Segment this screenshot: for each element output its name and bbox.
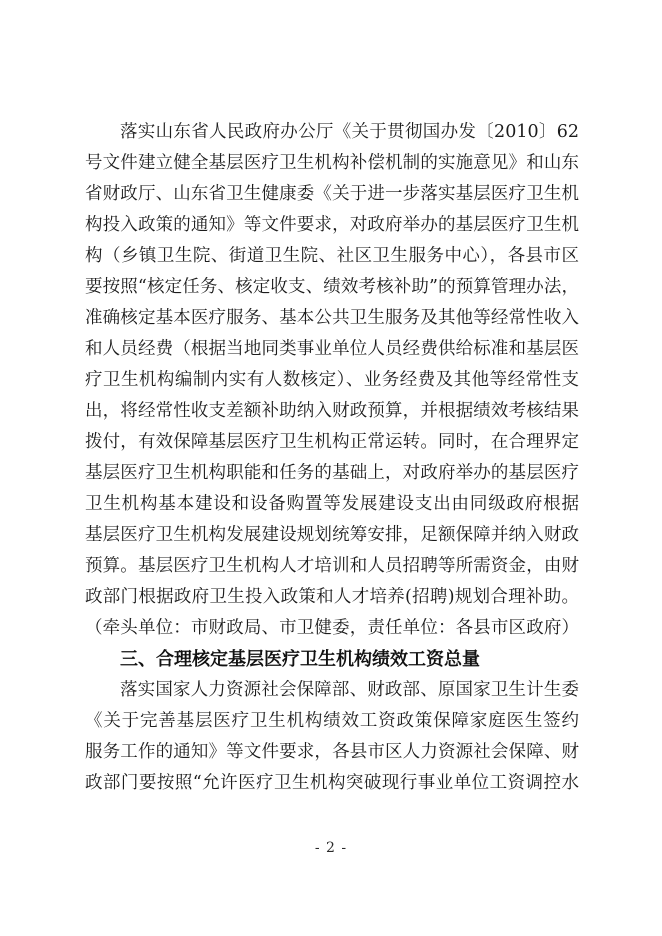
text-line: 服务工作的通知》等文件要求，各县市区人力资源社会保障、财 <box>85 737 579 768</box>
text-line: 构投入政策的通知》等文件要求，对政府举办的基层医疗卫生机 <box>85 210 579 241</box>
text-line: 基层医疗卫生机构职能和任务的基础上，对政府举办的基层医疗 <box>85 458 579 489</box>
text-line: 预算。基层医疗卫生机构人才培训和人员招聘等所需资金，由财 <box>85 551 579 582</box>
text-line: （牵头单位：市财政局、市卫健委，责任单位：各县市区政府） <box>85 613 579 644</box>
text-line: 要按照“核定任务、核定收支、绩效考核补助”的预算管理办法， <box>85 272 579 303</box>
text-line: 省财政厅、山东省卫生健康委《关于进一步落实基层医疗卫生机 <box>85 179 579 210</box>
text-line: 政部门要按照“允许医疗卫生机构突破现行事业单位工资调控水 <box>85 768 579 799</box>
text-line: 政部门根据政府卫生投入政策和人才培养(招聘)规划合理补助。 <box>85 582 579 613</box>
text-line: 构（乡镇卫生院、街道卫生院、社区卫生服务中心），各县市区 <box>85 241 579 272</box>
page-number: - 2 - <box>0 840 662 856</box>
text-line: 基层医疗卫生机构发展建设规划统筹安排，足额保障并纳入财政 <box>85 520 579 551</box>
text-line: 落实国家人力资源社会保障部、财政部、原国家卫生计生委 <box>85 675 579 706</box>
text-line: 卫生机构基本建设和设备购置等发展建设支出由同级政府根据 <box>85 489 579 520</box>
text-line: 《关于完善基层医疗卫生机构绩效工资政策保障家庭医生签约 <box>85 706 579 737</box>
text-line: 号文件建立健全基层医疗卫生机构补偿机制的实施意见》和山东 <box>85 148 579 179</box>
text-line: 准确核定基本医疗服务、基本公共卫生服务及其他等经常性收入 <box>85 303 579 334</box>
text-line: 拨付，有效保障基层医疗卫生机构正常运转。同时，在合理界定 <box>85 427 579 458</box>
text-block: 落实山东省人民政府办公厅《关于贯彻国办发〔2010〕62号文件建立健全基层医疗卫… <box>85 117 579 799</box>
text-line: 和人员经费（根据当地同类事业单位人员经费供给标准和基层医 <box>85 334 579 365</box>
section-heading: 三、合理核定基层医疗卫生机构绩效工资总量 <box>85 644 579 675</box>
text-line: 疗卫生机构编制内实有人数核定）、业务经费及其他等经常性支 <box>85 365 579 396</box>
document-page: 落实山东省人民政府办公厅《关于贯彻国办发〔2010〕62号文件建立健全基层医疗卫… <box>0 0 662 936</box>
text-line: 出，将经常性收支差额补助纳入财政预算，并根据绩效考核结果 <box>85 396 579 427</box>
text-line: 落实山东省人民政府办公厅《关于贯彻国办发〔2010〕62 <box>85 117 579 148</box>
